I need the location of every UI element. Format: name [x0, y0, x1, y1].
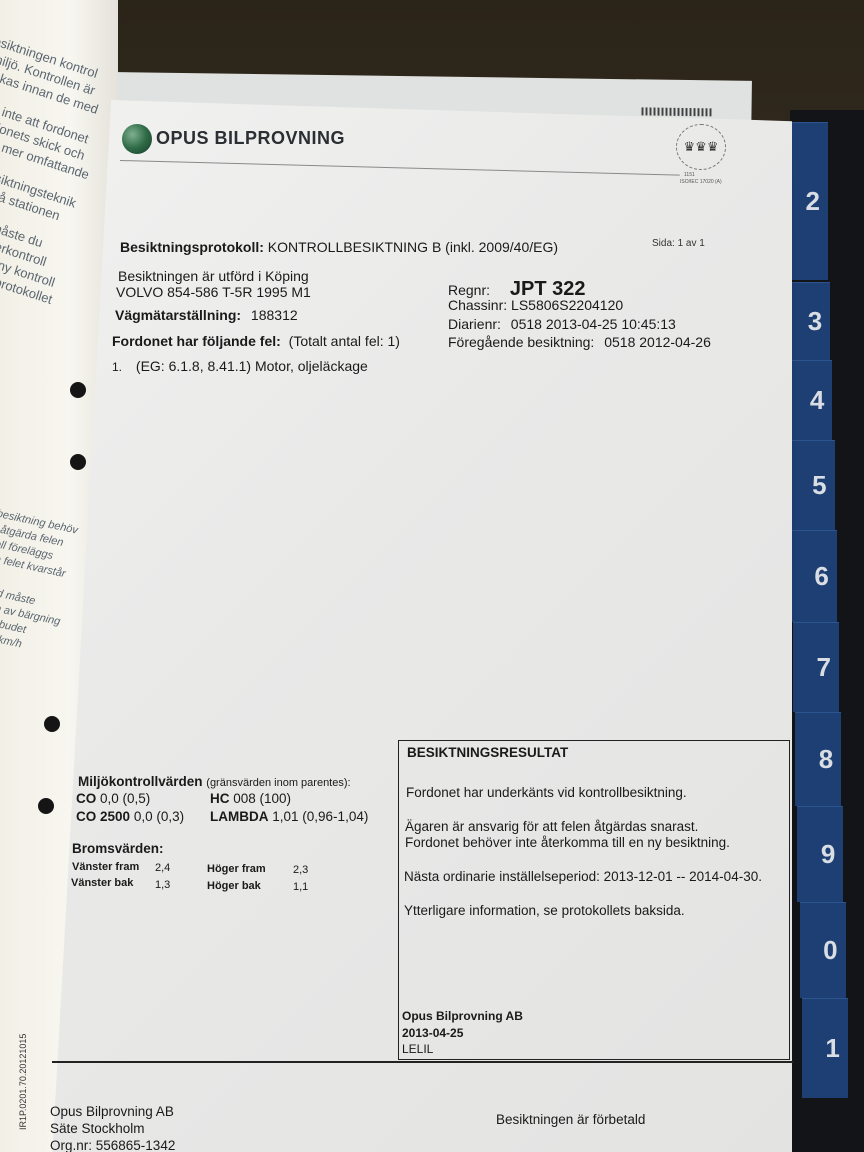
- index-tab-9: 9: [797, 806, 843, 902]
- emission-co: CO 0,0 (0,5): [76, 791, 150, 806]
- index-tab-0: 0: [800, 902, 846, 998]
- brochure-text: besiktningen kontrolh miljö. Kontrollen …: [0, 30, 118, 342]
- chassis-value: LS5806S2204120: [511, 297, 623, 313]
- brake-value: 2,4: [155, 862, 170, 874]
- emission-value: 0,0 (0,3): [134, 809, 184, 824]
- protocol-label: Besiktningsprotokoll:: [120, 239, 264, 255]
- faults-label: Fordonet har följande fel:: [112, 333, 281, 349]
- barcode: [641, 107, 711, 116]
- faults-total: (Totalt antal fel: 1): [289, 333, 400, 349]
- brake-value: 1,3: [155, 879, 170, 891]
- brake-label: Höger fram: [207, 863, 266, 875]
- fault-text: (EG: 6.1.8, 8.41.1) Motor, oljeläckage: [136, 358, 368, 374]
- odometer-label: Vägmätarställning:: [115, 307, 241, 323]
- emissions-note: (gränsvärden inom parentes):: [206, 777, 350, 789]
- emissions-label: Miljökontrollvärden: [78, 774, 203, 789]
- result-line: Ytterligare information, se protokollets…: [404, 903, 685, 918]
- signature-date: 2013-04-25: [402, 1026, 463, 1040]
- protocol-title: Besiktningsprotokoll: KONTROLLBESIKTNING…: [120, 239, 558, 255]
- previous-label: Föregående besiktning:: [448, 334, 594, 350]
- brake-label: Höger bak: [207, 880, 261, 892]
- result-line: Fordonet har underkänts vid kontrollbesi…: [406, 785, 687, 800]
- location-line: Besiktningen är utförd i Köping: [118, 268, 309, 284]
- footer-company: Opus Bilprovning AB: [50, 1104, 174, 1119]
- chassis: Chassinr: LS5806S2204120: [448, 297, 623, 313]
- footer-divider: [52, 1061, 794, 1063]
- emission-value: 1,01 (0,96-1,04): [272, 809, 368, 824]
- brake-value: 2,3: [293, 864, 308, 876]
- emission-label: CO: [76, 791, 96, 806]
- brake-value: 1,1: [293, 881, 308, 893]
- emission-lambda: LAMBDA 1,01 (0,96-1,04): [210, 809, 368, 824]
- index-tab-8: 8: [795, 712, 841, 806]
- index-tab-4: 4: [786, 360, 832, 440]
- seal-standard: ISO/IEC 17020 (A): [680, 179, 722, 185]
- seal-number: 1151: [684, 172, 695, 178]
- vehicle-line: VOLVO 854-586 T-5R 1995 M1: [116, 284, 311, 300]
- punch-hole: [38, 798, 54, 814]
- diary: Diarienr: 0518 2013-04-25 10:45:13: [448, 316, 676, 332]
- fault-item: 1. (EG: 6.1.8, 8.41.1) Motor, oljeläckag…: [112, 358, 368, 374]
- previous-value: 0518 2012-04-26: [604, 334, 711, 350]
- emission-value: 008 (100): [233, 791, 291, 806]
- emission-label: LAMBDA: [210, 809, 269, 824]
- index-tab-5: 5: [789, 440, 835, 530]
- emission-hc: HC 008 (100): [210, 791, 291, 806]
- fault-number: 1.: [112, 360, 122, 374]
- brake-label: Vänster fram: [72, 861, 139, 873]
- index-tab-1: 1: [802, 998, 848, 1098]
- odometer-value: 188312: [251, 307, 298, 323]
- result-line: Nästa ordinarie inställelseperiod: 2013-…: [404, 869, 762, 884]
- emission-label: HC: [210, 791, 230, 806]
- emissions-heading: Miljökontrollvärden (gränsvärden inom pa…: [78, 774, 351, 789]
- protocol-type: KONTROLLBESIKTNING B (inkl. 2009/40/EG): [268, 239, 558, 255]
- brake-label: Vänster bak: [71, 877, 133, 889]
- faults-heading: Fordonet har följande fel: (Totalt antal…: [112, 333, 400, 349]
- company-logo: OPUS BILPROVNING: [156, 128, 345, 149]
- emission-co2500: CO 2500 0,0 (0,3): [76, 809, 184, 824]
- punch-hole: [70, 454, 86, 470]
- result-line: Fordonet behöver inte återkomma till en …: [405, 835, 730, 850]
- crowns-icon: ♛♛♛: [684, 139, 719, 155]
- emission-value: 0,0 (0,5): [100, 791, 150, 806]
- diary-label: Diarienr:: [448, 316, 501, 332]
- footer-org-nr: Org.nr: 556865-1342: [50, 1138, 175, 1152]
- punch-hole: [44, 716, 60, 732]
- diary-value: 0518 2013-04-25 10:45:13: [511, 316, 676, 332]
- punch-hole: [70, 382, 86, 398]
- emission-label: CO 2500: [76, 809, 130, 824]
- index-tab-6: 6: [791, 530, 837, 622]
- index-tab-7: 7: [793, 622, 839, 712]
- prepaid-note: Besiktningen är förbetald: [496, 1112, 645, 1127]
- odometer: Vägmätarställning: 188312: [115, 307, 298, 323]
- form-code: IR1P.0201.70.20121015: [18, 1034, 28, 1130]
- brakes-heading: Bromsvärden:: [72, 841, 164, 856]
- signature-company: Opus Bilprovning AB: [402, 1009, 523, 1023]
- result-line: Ägaren är ansvarig för att felen åtgärda…: [405, 819, 698, 834]
- chassis-label: Chassinr:: [448, 297, 507, 313]
- opus-globe-icon: [122, 124, 152, 154]
- previous-inspection: Föregående besiktning: 0518 2012-04-26: [448, 334, 711, 350]
- regnr-label: Regnr:: [448, 282, 490, 298]
- swedac-seal-icon: ♛♛♛: [676, 124, 726, 170]
- footer-seat: Säte Stockholm: [50, 1121, 145, 1136]
- page-indicator: Sida: 1 av 1: [652, 238, 705, 249]
- result-heading: BESIKTNINGSRESULTAT: [407, 745, 568, 760]
- signature-user: LELIL: [402, 1042, 433, 1056]
